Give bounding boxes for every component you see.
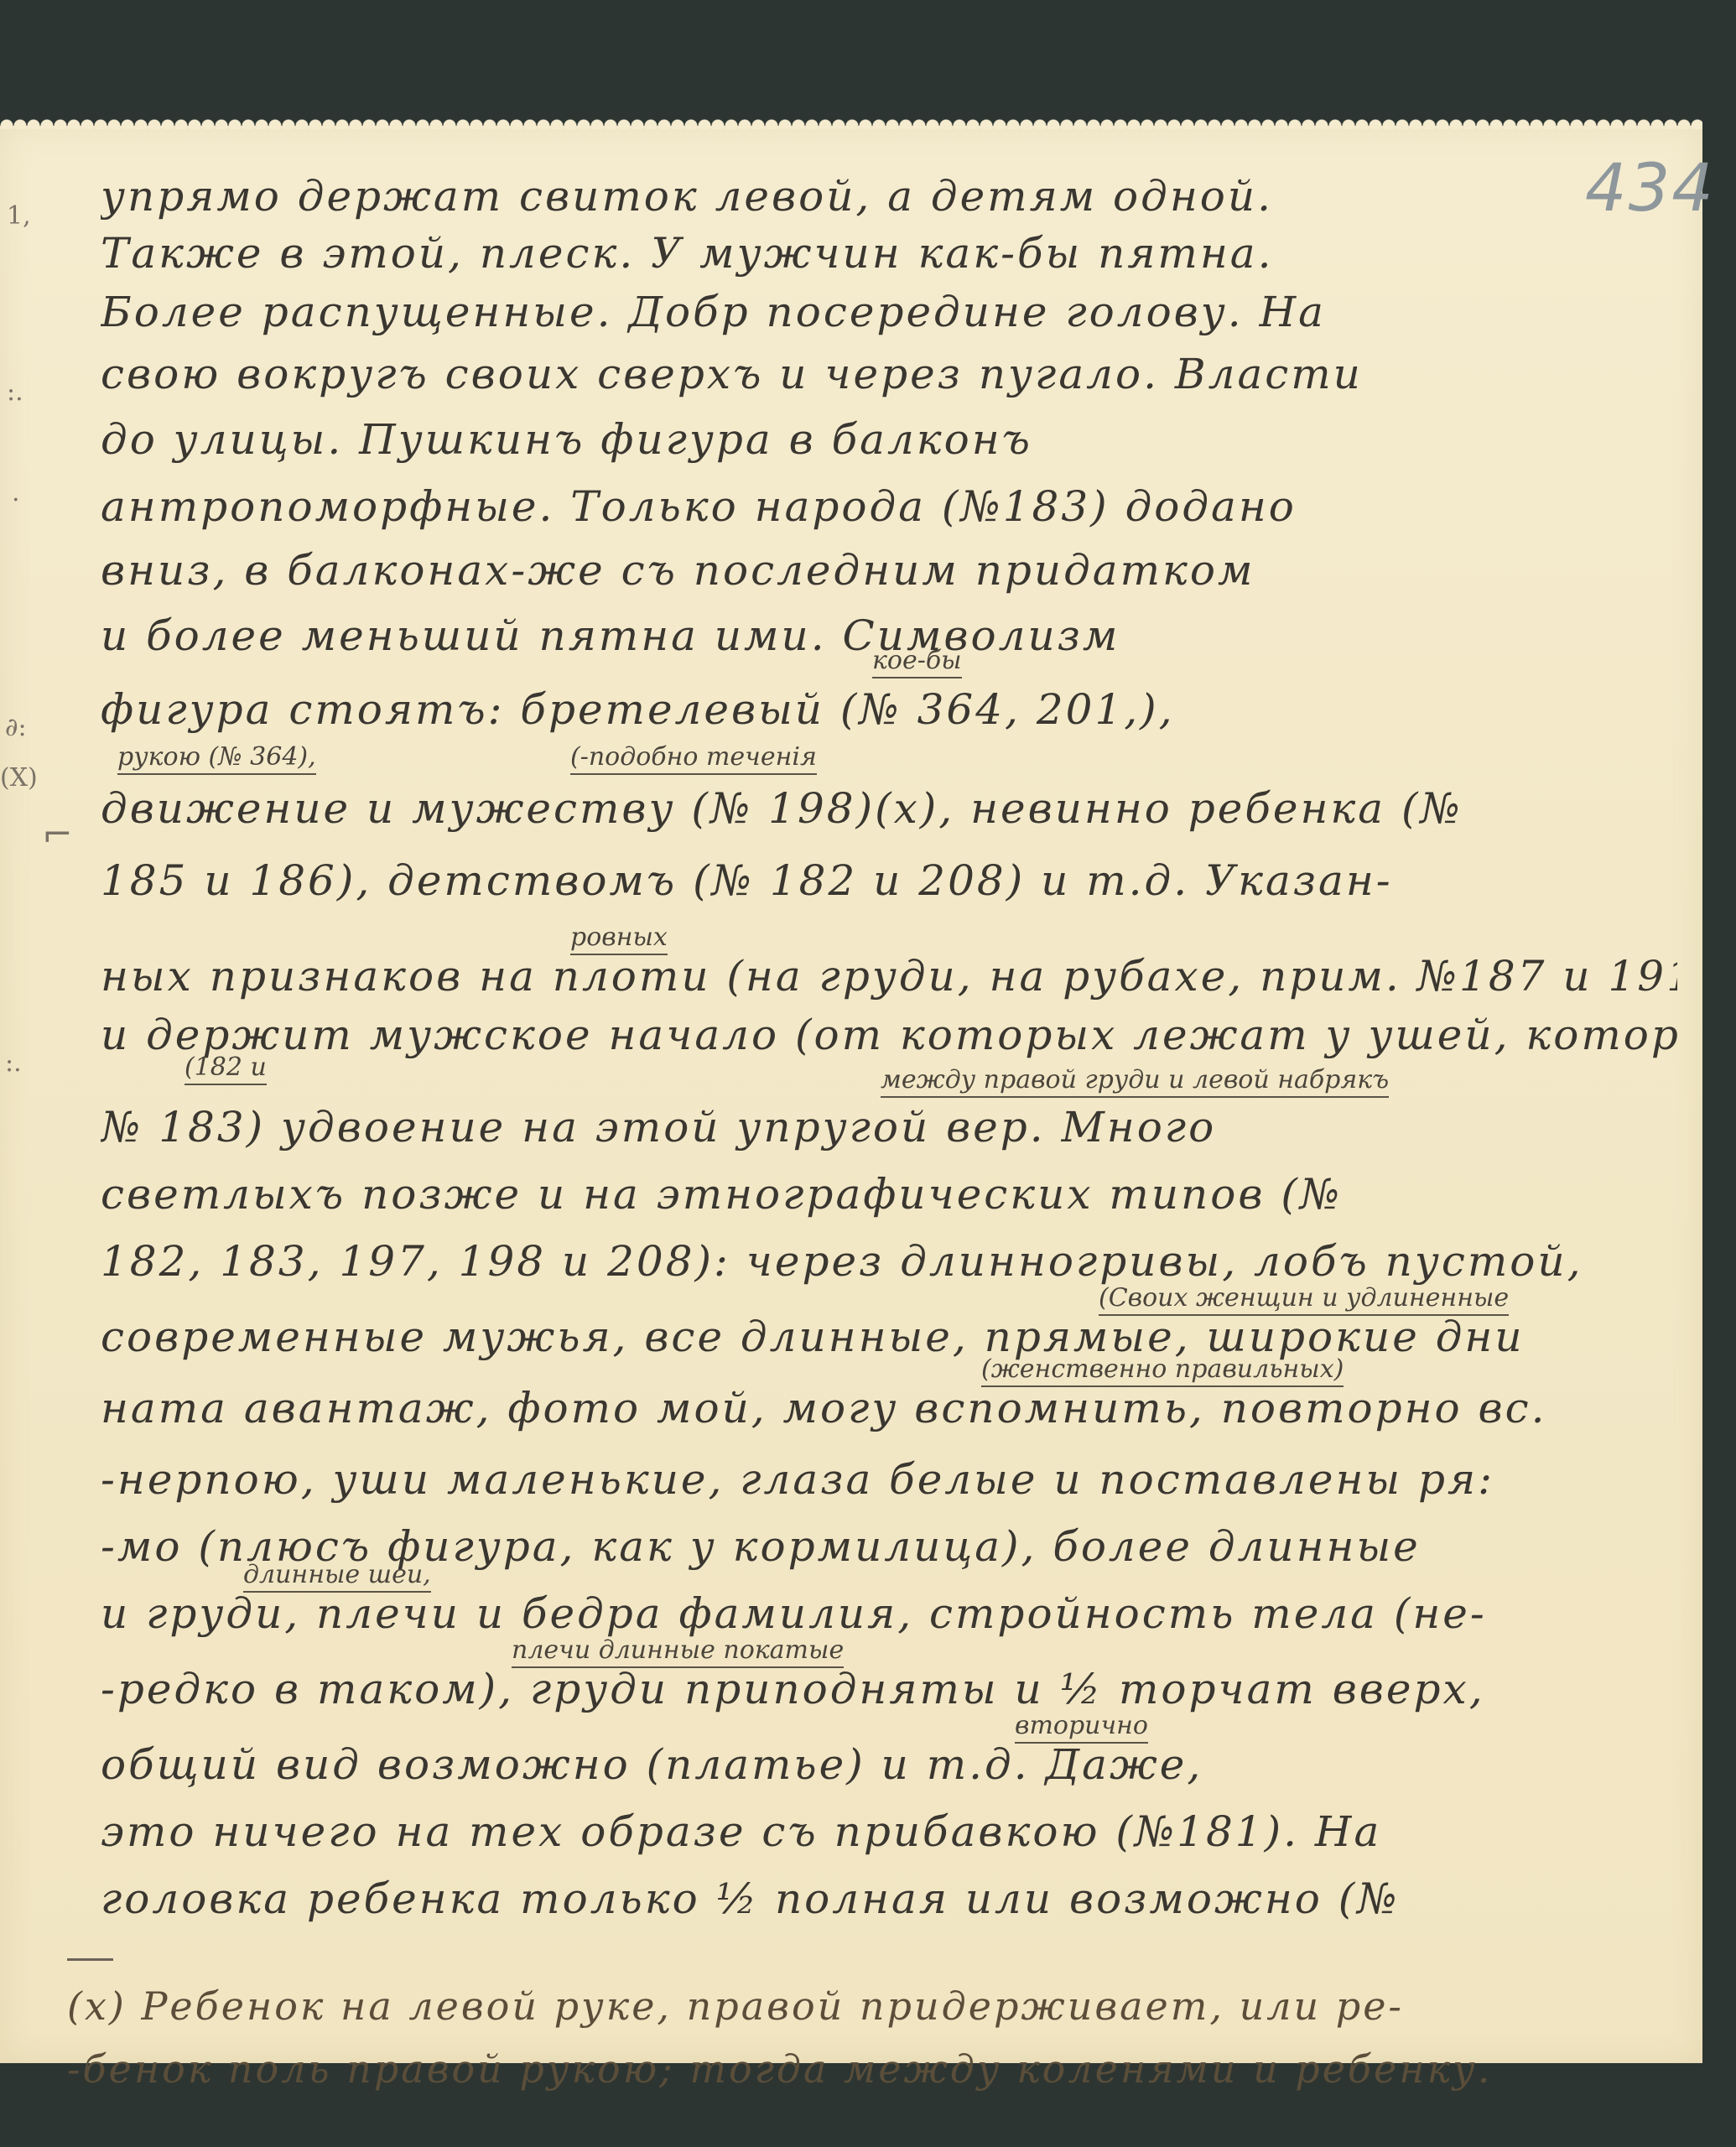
footnote-line: (х) Ребенок на левой руке, правой придер… [67,1983,1661,2029]
text-line: фигура стоятъ: бретелевый (№ 364, 201,), [101,685,1677,734]
text-line: упрямо держат свиток левой, а детям одно… [101,172,1677,221]
text-line: № 183) удвоение на этой упругой вер. Мно… [101,1103,1677,1151]
footnote-text: Ребенок на левой руке, правой придержива… [141,1983,1404,2029]
interlinear-note: длинные шеи, [243,1560,431,1593]
margin-mark: (X) [0,763,38,793]
footnote-line: -бенок поль правой рукою; тогда между ко… [67,2046,1661,2092]
margin-mark: ∂: [5,713,27,742]
interlinear-note: (-подобно теченія [570,742,817,775]
interlinear-note: (Своих женщин и удлиненные [1099,1283,1509,1316]
text-line: ных признаков на плоти (на груди, на руб… [101,952,1677,1001]
text-line: и груди, плечи и бедра фамилия, стройнос… [101,1589,1677,1638]
interlinear-note: (182 и [185,1053,267,1085]
text-line: 182, 183, 197, 198 и 208): через длинног… [101,1237,1677,1286]
manuscript-page: 434 1, :. . ∂: (X) ⌐ :. упрямо держат св… [0,126,1702,2063]
footnote-divider [67,1958,113,1961]
margin-mark: ⌐ [42,814,73,856]
text-line: светлыхъ позже и на этнографических типо… [101,1170,1677,1219]
text-line: ната авантаж, фото мой, могу вспомнить, … [101,1384,1677,1432]
interlinear-note: кое-бы [872,646,962,678]
text-line: -нерпою, уши маленькие, глаза белые и по… [101,1455,1677,1504]
footnote-marker: (х) [67,1983,127,2029]
text-line: современные мужья, все длинные, прямые, … [101,1313,1677,1361]
text-line: головка ребенка только ½ полная или возм… [101,1874,1677,1923]
text-line: 185 и 186), детствомъ (№ 182 и 208) и т.… [101,856,1677,905]
text-line: движение и мужеству (№ 198)(х), невинно … [101,784,1677,833]
margin-mark: 1, [7,201,31,231]
text-line: общий вид возможно (платье) и т.д. Даже, [101,1740,1677,1789]
interlinear-note: плечи длинные покатые [512,1635,844,1668]
interlinear-note: рукою (№ 364), [117,742,316,775]
interlinear-note: вторично [1015,1711,1148,1744]
text-line: это ничего на тех образе съ прибавкою (№… [101,1807,1677,1856]
interlinear-note: между правой груди и левой набрякъ [881,1065,1389,1098]
margin-mark: . [12,478,20,507]
text-line: вниз, в балконах-же съ последним придатк… [101,546,1677,595]
text-line: антропоморфные. Только народа (№183) дод… [101,482,1677,531]
text-line: Более распущенные. Добр посередине голов… [101,288,1677,336]
interlinear-note: (женственно правильных) [981,1354,1344,1387]
interlinear-note: ровных [570,923,668,955]
text-line: Также в этой, плеск. У мужчин как-бы пят… [101,229,1677,278]
text-line: до улицы. Пушкинъ фигура в балконъ [101,415,1677,464]
text-line: и держит мужское начало (от которых лежа… [101,1011,1677,1059]
margin-mark: :. [5,1048,22,1078]
text-line: -редко в таком), груди приподняты и ½ то… [101,1665,1677,1713]
text-line: свою вокругъ своих сверхъ и через пугало… [101,350,1677,398]
margin-mark: :. [7,377,23,407]
